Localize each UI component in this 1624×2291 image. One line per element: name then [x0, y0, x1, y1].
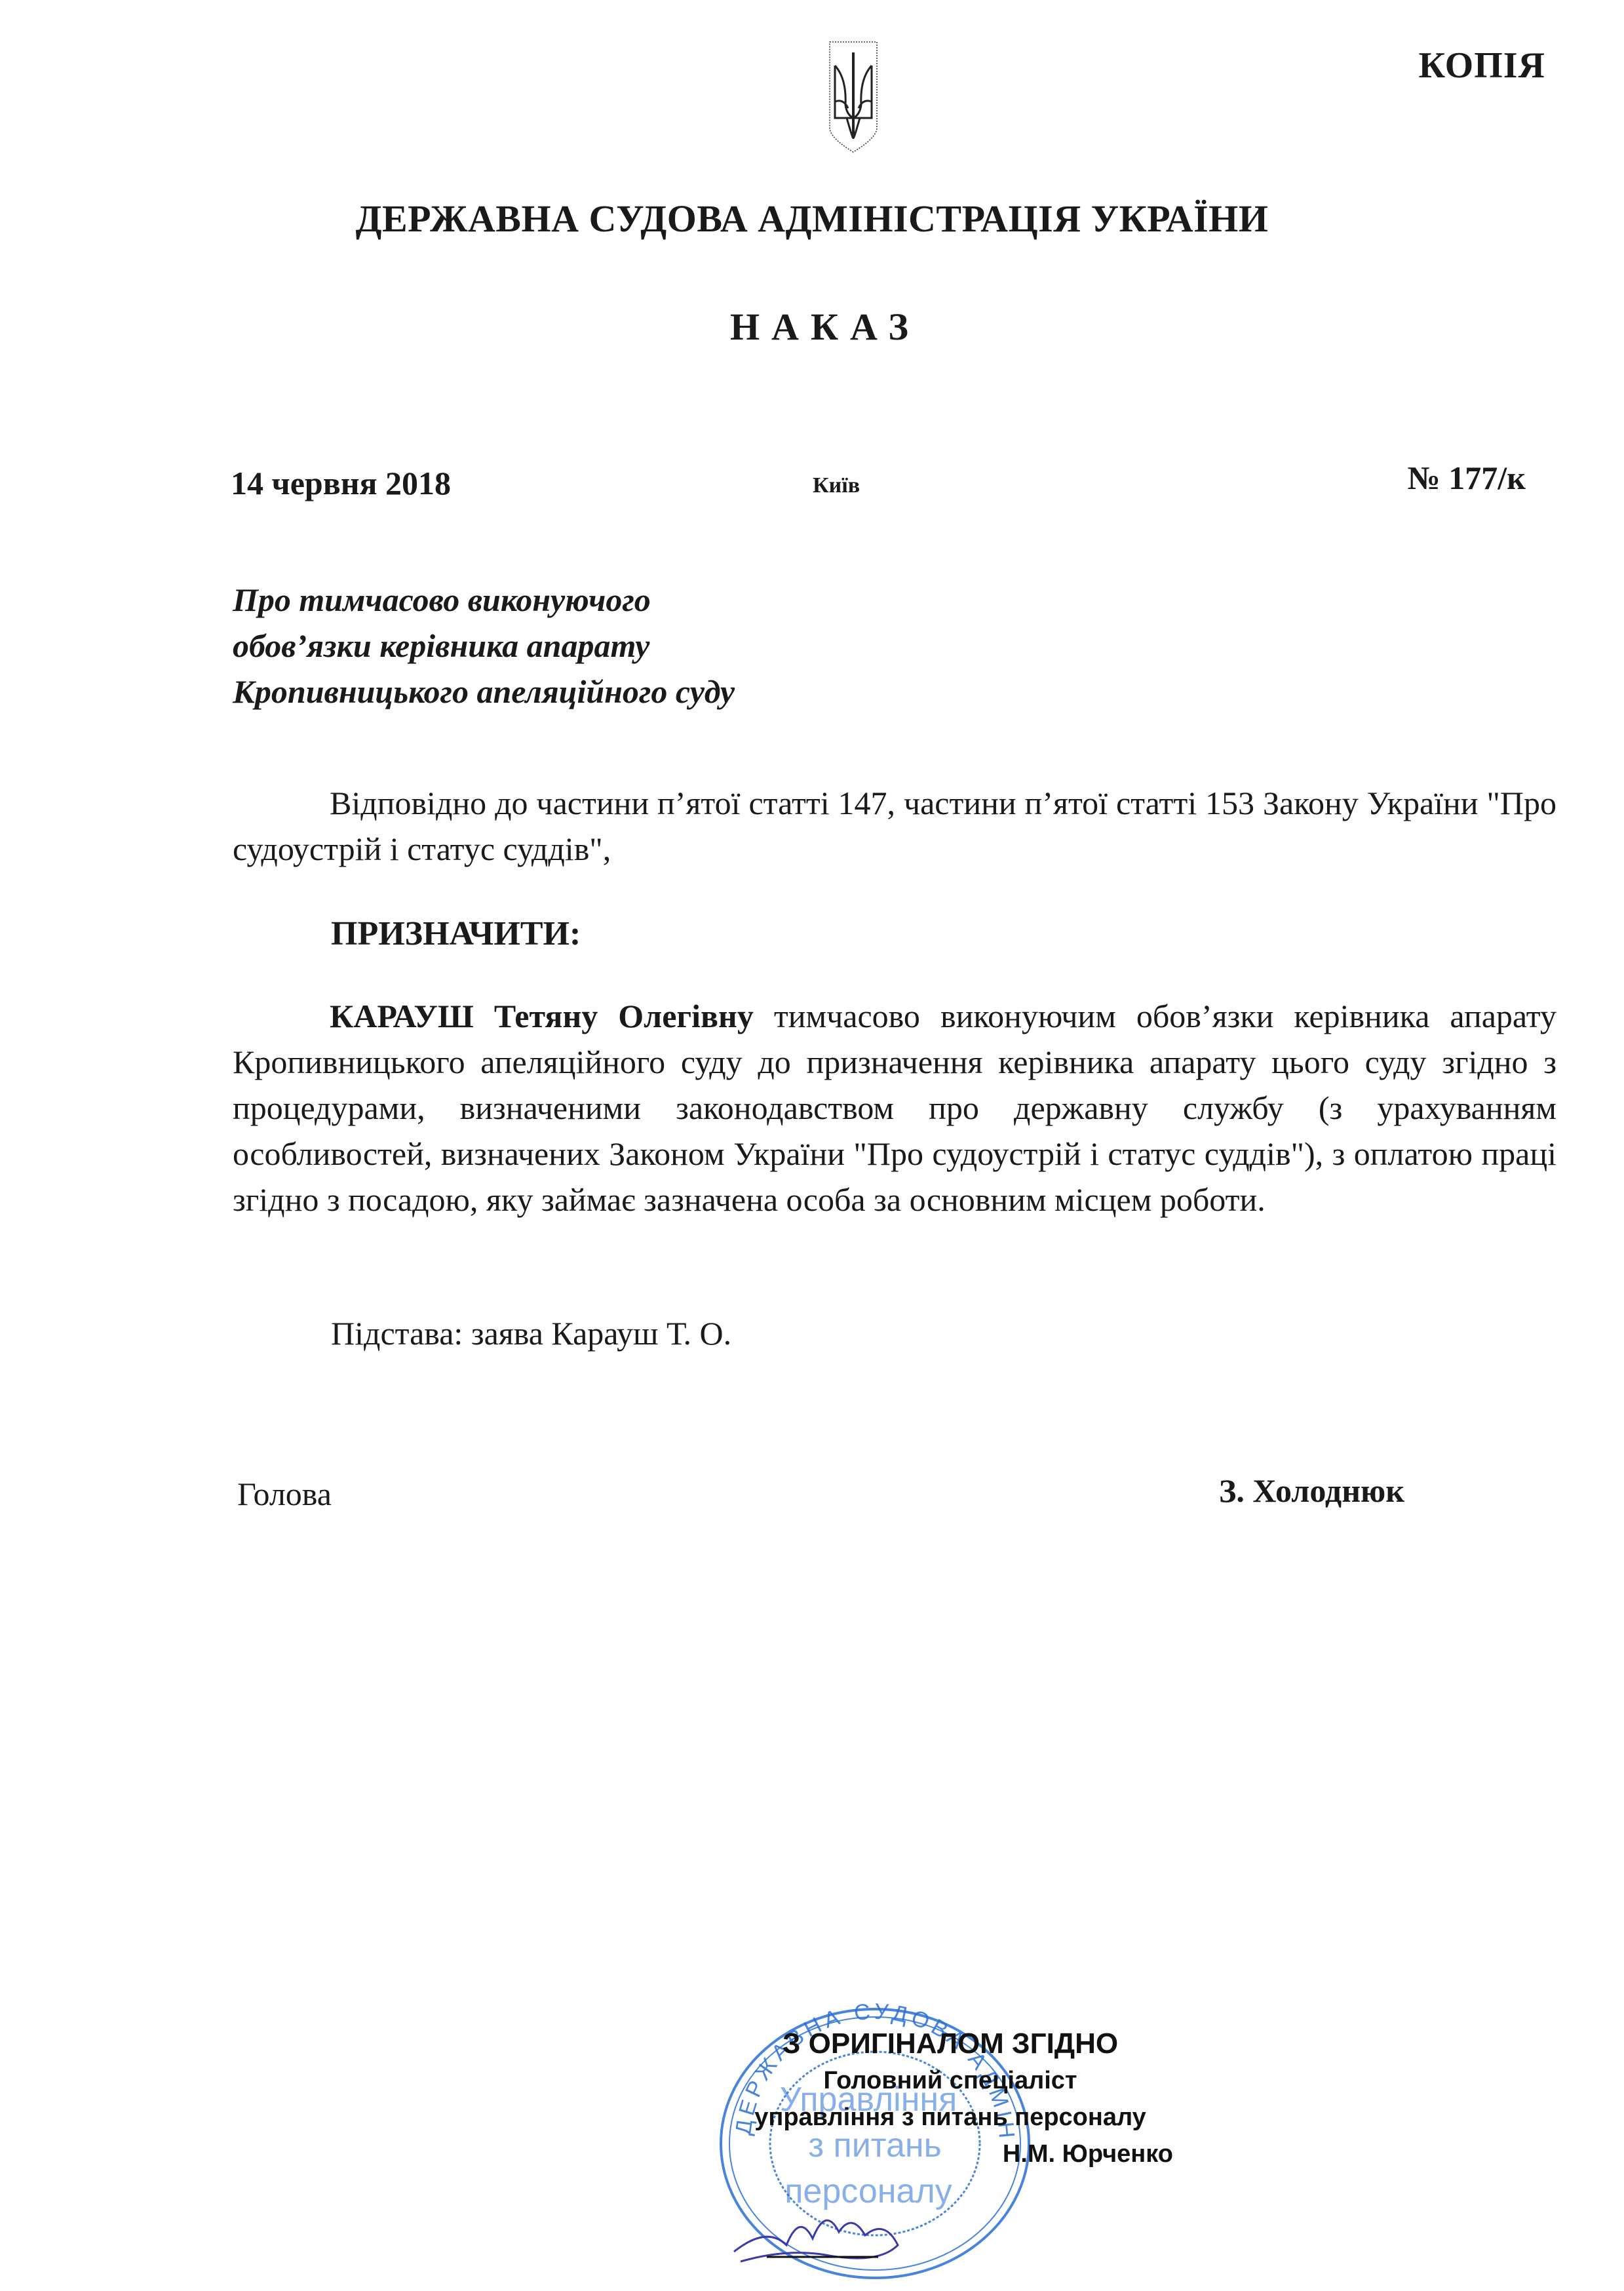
basis-note: Підстава: заява Карауш Т. О. — [331, 1314, 731, 1352]
certifier-department: управління з питань персоналу — [721, 2099, 1180, 2136]
signatory-position: Голова — [237, 1475, 332, 1513]
certified-copy-label: З ОРИГІНАЛОМ ЗГІДНО — [721, 2026, 1180, 2062]
signatory-name: З. Холоднюк — [1219, 1472, 1404, 1510]
certifier-position: Головний спеціаліст — [721, 2062, 1180, 2099]
appointee-name: КАРАУШ Тетяну Олегівну — [330, 998, 754, 1034]
handwritten-signature-icon — [727, 2199, 937, 2271]
coat-of-arms-trident-icon — [827, 39, 880, 154]
subject-line: обов’язки керівника апарату — [233, 623, 735, 669]
decision-heading: ПРИЗНАЧИТИ: — [331, 914, 581, 953]
document-type: НАКАЗ — [0, 305, 1624, 349]
order-subject: Про тимчасово виконуючого обов’язки кері… — [233, 577, 735, 715]
certification-block: З ОРИГІНАЛОМ ЗГІДНО Головний спеціаліст … — [721, 2026, 1180, 2172]
subject-line: Кропивницького апеляційного суду — [233, 669, 735, 715]
order-city: Київ — [813, 473, 860, 498]
appointment-paragraph: КАРАУШ Тетяну Олегівну тимчасово виконую… — [233, 993, 1556, 1223]
certifier-name: Н.М. Юрченко — [721, 2136, 1180, 2172]
subject-line: Про тимчасово виконуючого — [233, 577, 735, 623]
copy-mark: КОПІЯ — [1418, 45, 1545, 87]
order-number: № 177/к — [1408, 459, 1526, 497]
order-date: 14 червня 2018 — [231, 464, 451, 502]
agency-name: ДЕРЖАВНА СУДОВА АДМІНІСТРАЦІЯ УКРАЇНИ — [0, 197, 1624, 241]
preamble-paragraph: Відповідно до частини п’ятої статті 147,… — [233, 780, 1556, 872]
